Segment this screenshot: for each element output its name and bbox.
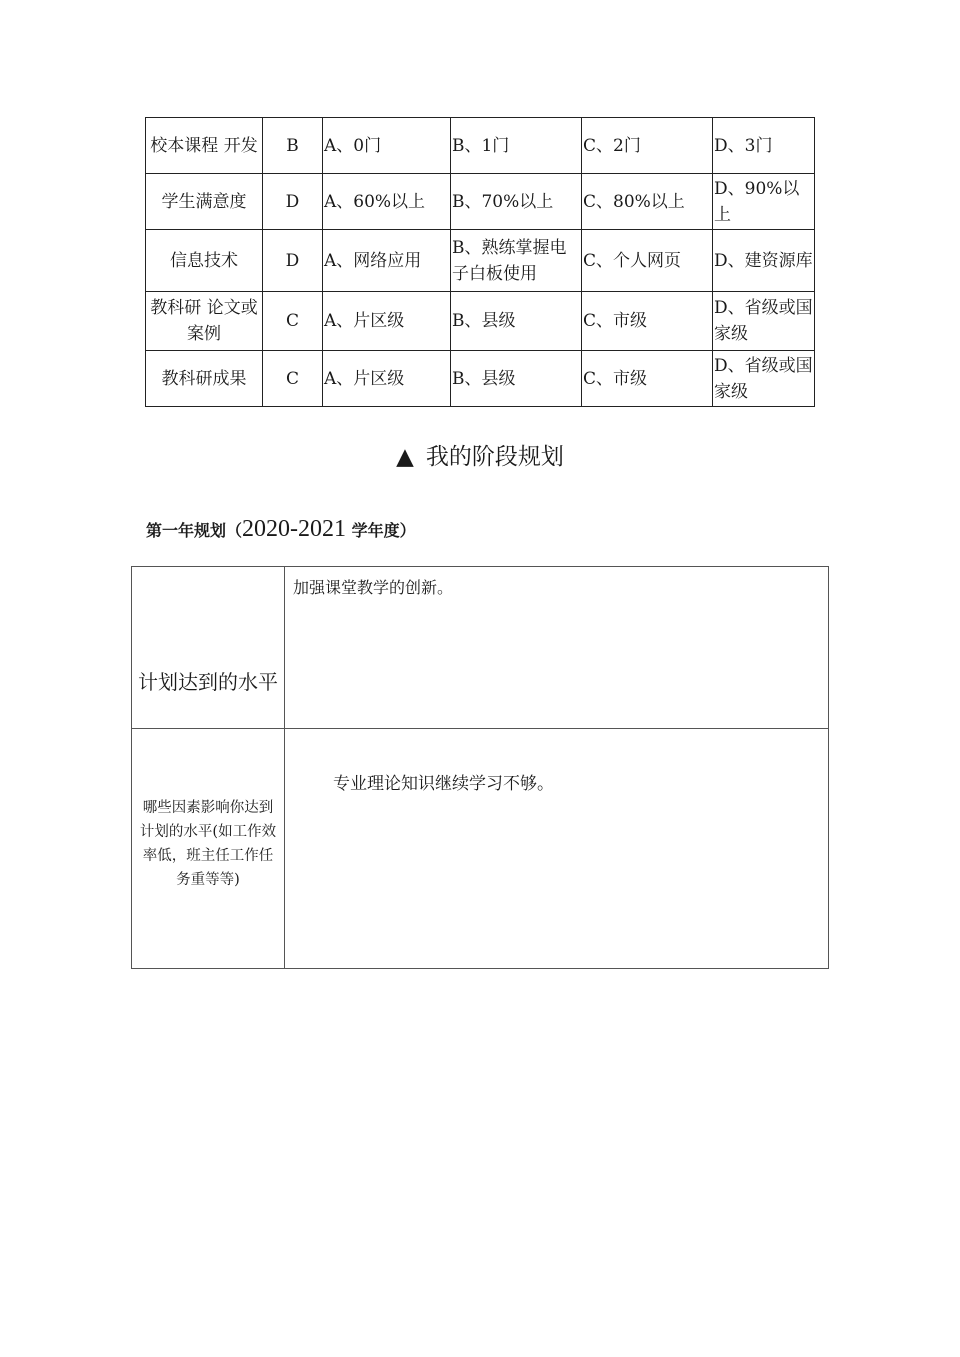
- option-d: D、建资源库: [713, 230, 815, 292]
- criteria-name: 教科研成果: [146, 351, 263, 407]
- plan-year-heading: 第一年规划（2020-2021 学年度）: [146, 516, 416, 543]
- option-c: C、个人网页: [582, 230, 713, 292]
- criteria-level: D: [263, 230, 323, 292]
- table-row: 学生满意度 D A、60%以上 B、70%以上 C、80%以上 D、90%以上: [146, 174, 815, 230]
- option-d: D、省级或国家级: [713, 351, 815, 407]
- criteria-name: 教科研 论文或案例: [146, 292, 263, 351]
- criteria-name: 信息技术: [146, 230, 263, 292]
- table-row: 计划达到的水平 加强课堂教学的创新。: [132, 567, 829, 729]
- option-c: C、市级: [582, 351, 713, 407]
- option-b: B、熟练掌握电子白板使用: [451, 230, 582, 292]
- criteria-table: 校本课程 开发 B A、0门 B、1门 C、2门 D、3门 学生满意度 D A、…: [145, 117, 815, 407]
- option-a: A、60%以上: [323, 174, 451, 230]
- criteria-name: 校本课程 开发: [146, 118, 263, 174]
- option-a: A、片区级: [323, 292, 451, 351]
- table-row: 教科研 论文或案例 C A、片区级 B、县级 C、市级 D、省级或国家级: [146, 292, 815, 351]
- criteria-level: B: [263, 118, 323, 174]
- table-row: 哪些因素影响你达到计划的水平(如工作效率低，班主任工作任务重等等) 专业理论知识…: [132, 729, 829, 969]
- option-b: B、县级: [451, 351, 582, 407]
- option-b: B、县级: [451, 292, 582, 351]
- plan-table: 计划达到的水平 加强课堂教学的创新。 哪些因素影响你达到计划的水平(如工作效率低…: [131, 566, 829, 969]
- option-d: D、省级或国家级: [713, 292, 815, 351]
- plan-factors-label: 哪些因素影响你达到计划的水平(如工作效率低，班主任工作任务重等等): [132, 729, 285, 969]
- criteria-level: C: [263, 292, 323, 351]
- plan-year-prefix: 第一年规划（: [146, 521, 242, 540]
- section-heading: ▲我的阶段规划: [0, 438, 960, 471]
- option-a: A、0门: [323, 118, 451, 174]
- plan-factors-content: 专业理论知识继续学习不够。: [285, 729, 829, 969]
- option-a: A、片区级: [323, 351, 451, 407]
- criteria-level: D: [263, 174, 323, 230]
- option-b: B、1门: [451, 118, 582, 174]
- option-c: C、2门: [582, 118, 713, 174]
- option-a: A、网络应用: [323, 230, 451, 292]
- option-c: C、市级: [582, 292, 713, 351]
- table-row: 校本课程 开发 B A、0门 B、1门 C、2门 D、3门: [146, 118, 815, 174]
- option-c: C、80%以上: [582, 174, 713, 230]
- criteria-level: C: [263, 351, 323, 407]
- criteria-name: 学生满意度: [146, 174, 263, 230]
- plan-year-range: 2020-2021: [242, 516, 346, 542]
- table-row: 教科研成果 C A、片区级 B、县级 C、市级 D、省级或国家级: [146, 351, 815, 407]
- option-b: B、70%以上: [451, 174, 582, 230]
- option-d: D、90%以上: [713, 174, 815, 230]
- section-title: 我的阶段规划: [426, 444, 564, 470]
- triangle-marker-icon: ▲: [396, 444, 414, 470]
- plan-year-suffix: 学年度）: [346, 521, 416, 540]
- option-d: D、3门: [713, 118, 815, 174]
- table-row: 信息技术 D A、网络应用 B、熟练掌握电子白板使用 C、个人网页 D、建资源库: [146, 230, 815, 292]
- plan-target-content: 加强课堂教学的创新。: [285, 567, 829, 729]
- plan-target-label: 计划达到的水平: [132, 567, 285, 729]
